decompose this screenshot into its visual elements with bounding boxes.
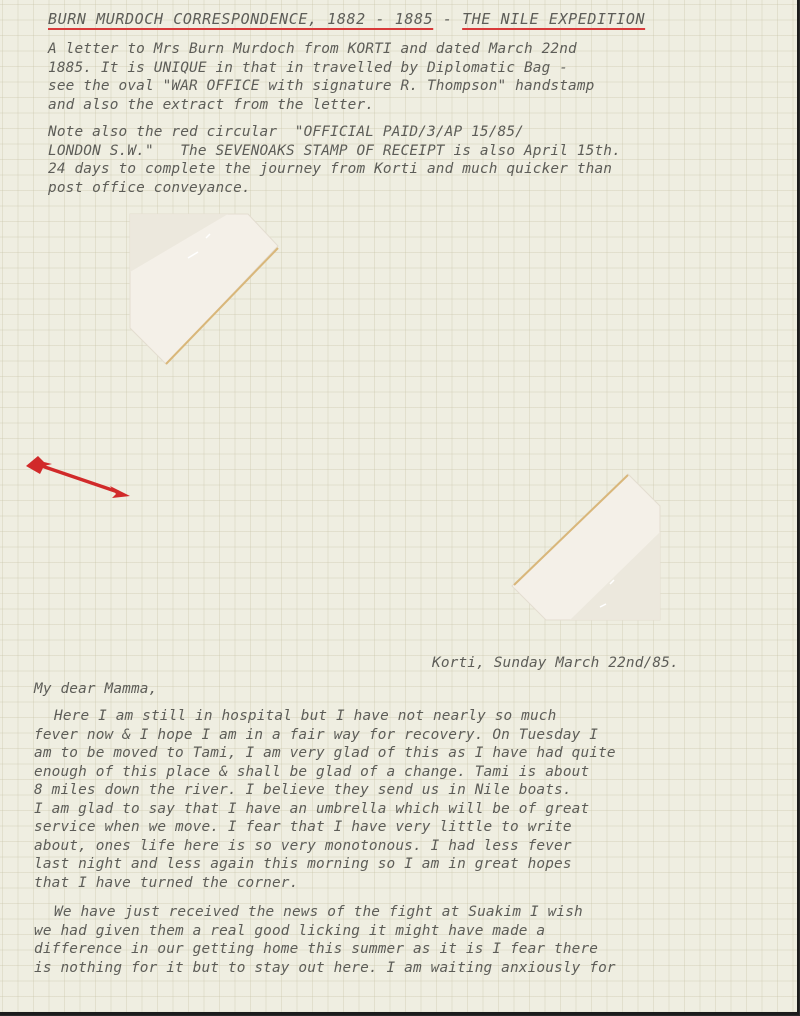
text-line: 8 miles down the river. I believe they s… [34,781,572,800]
heading-part-1: BURN MURDOCH CORRESPONDENCE, 1882 - 1885 [48,10,433,28]
text-line: post office conveyance. [48,179,251,198]
text-line: Here I am still in hospital but I have n… [54,707,556,726]
red-arrow-icon [22,452,134,500]
album-page: BURN MURDOCH CORRESPONDENCE, 1882 - 1885… [0,0,799,1015]
letter-salutation: My dear Mamma, [34,680,157,699]
text-line: difference in our getting home this summ… [34,940,598,959]
text-line: I am glad to say that I have an umbrella… [34,800,589,819]
text-line: service when we move. I fear that I have… [34,818,572,837]
text-line: 1885. It is UNIQUE in that in travelled … [48,59,568,78]
heading-separator: - [433,10,462,28]
photo-corner-mount-top-left [128,212,280,368]
text-line: Note also the red circular "OFFICIAL PAI… [48,123,524,142]
text-line: enough of this place & shall be glad of … [34,763,589,782]
text-line: about, ones life here is so very monoton… [34,837,572,856]
text-line: see the oval "WAR OFFICE with signature … [48,77,594,96]
text-line: fever now & I hope I am in a fair way fo… [34,726,598,745]
text-line: A letter to Mrs Burn Murdoch from KORTI … [48,40,577,59]
text-line: we had given them a real good licking it… [34,922,545,941]
text-line: is nothing for it but to stay out here. … [34,959,616,978]
photo-corner-mount-bottom-right [510,472,662,624]
heading-part-2: THE NILE EXPEDITION [462,10,645,28]
text-line: and also the extract from the letter. [48,96,374,115]
page-heading: BURN MURDOCH CORRESPONDENCE, 1882 - 1885… [48,10,645,29]
text-line: am to be moved to Tami, I am very glad o… [34,744,616,763]
text-line: 24 days to complete the journey from Kor… [48,160,612,179]
text-line: that I have turned the corner. [34,874,298,893]
text-line: We have just received the news of the fi… [54,903,583,922]
text-line: LONDON S.W." The SEVENOAKS STAMP OF RECE… [48,142,621,161]
letter-dateline: Korti, Sunday March 22nd/85. [432,654,679,673]
text-line: last night and less again this morning s… [34,855,572,874]
